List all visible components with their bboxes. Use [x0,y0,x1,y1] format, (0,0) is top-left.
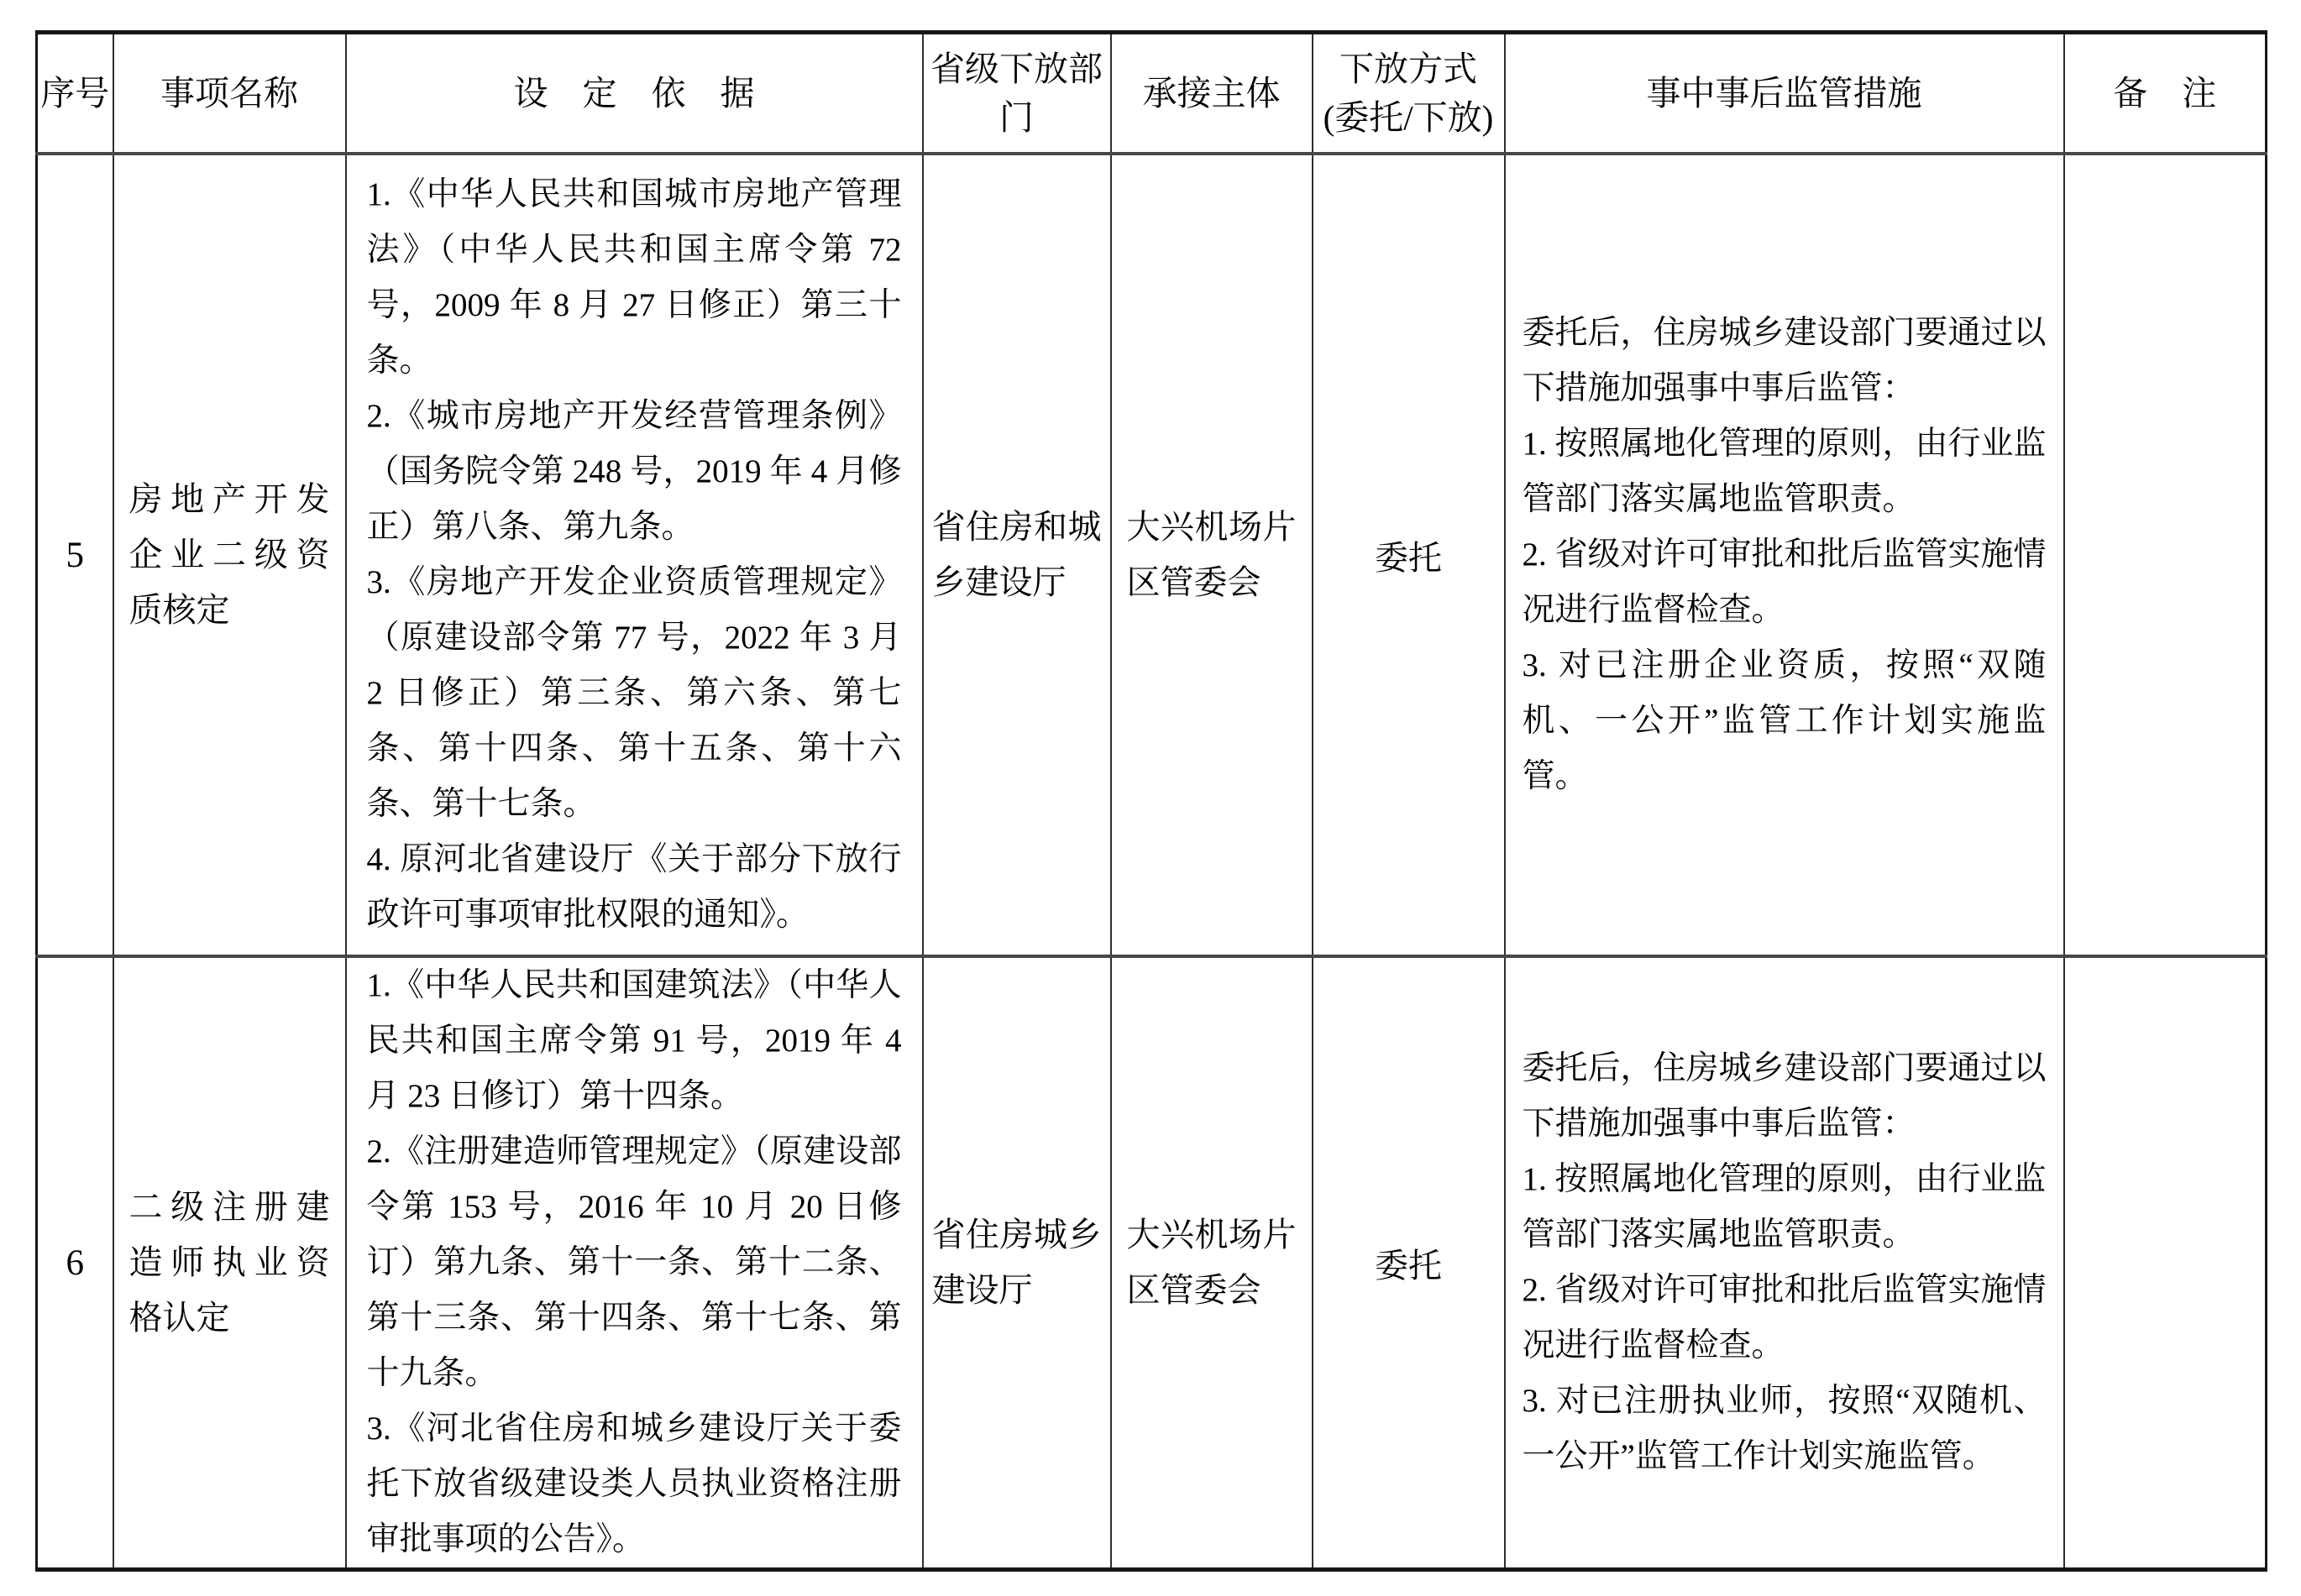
delegation-items-table: 序号 事项名称 设 定 依 据 省级下放部门 承接主体 下放方式 (委托/下放)… [35,30,2267,1572]
cell-receiver-5: 大兴机场片区管委会 [1111,154,1313,956]
table-row-6: 6 二级注册建造师执业资格认定 1.《中华人民共和国建筑法》（中华人民共和国主席… [37,956,2267,1570]
cell-method-6: 委托 [1313,956,1505,1570]
supervision-paragraph: 2. 省级对许可审批和批后监管实施情况进行监督检查。 [1523,527,2047,638]
receiver-text: 大兴机场片区管委会 [1112,1207,1312,1318]
cell-department-5: 省住房和城乡建设厅 [923,154,1111,956]
basis-paragraph: 2.《注册建造师管理规定》（原建设部令第 153 号，2016 年 10 月 2… [367,1124,902,1401]
header-index: 序号 [37,33,113,154]
cell-supervision-5: 委托后，住房城乡建设部门要通过以下措施加强事中事后监管： 1. 按照属地化管理的… [1505,154,2064,956]
basis-paragraph: 4. 原河北省建设厅《关于部分下放行政许可事项审批权限的通知》。 [367,832,902,943]
supervision-paragraph: 3. 对已注册企业资质，按照“双随机、一公开”监管工作计划实施监管。 [1523,638,2047,804]
cell-remark-6 [2064,956,2267,1570]
supervision-paragraph: 2. 省级对许可审批和批后监管实施情况进行监督检查。 [1523,1263,2047,1374]
cell-department-6: 省住房城乡建设厅 [923,956,1111,1570]
cell-index-6: 6 [37,956,113,1570]
supervision-paragraph: 1. 按照属地化管理的原则，由行业监管部门落实属地监管职责。 [1523,416,2047,527]
item-name-text: 二级注册建造师执业资格认定 [114,1180,345,1346]
basis-paragraph: 1.《中华人民共和国城市房地产管理法》（中华人民共和国主席令第 72 号，200… [367,167,902,389]
header-method-line1: 下放方式 [1313,44,1504,93]
cell-index-5: 5 [37,154,113,956]
cell-basis-6: 1.《中华人民共和国建筑法》（中华人民共和国主席令第 91 号，2019 年 4… [346,956,923,1570]
header-method-line2: (委托/下放) [1313,93,1504,142]
supervision-paragraph: 3. 对已注册执业师，按照“双随机、一公开”监管工作计划实施监管。 [1523,1374,2047,1484]
supervision-paragraph: 1. 按照属地化管理的原则，由行业监管部门落实属地监管职责。 [1523,1152,2047,1263]
document-page: 序号 事项名称 设 定 依 据 省级下放部门 承接主体 下放方式 (委托/下放)… [0,0,2301,1596]
table-row-5: 5 房地产开发企业二级资质核定 1.《中华人民共和国城市房地产管理法》（中华人民… [37,154,2267,956]
header-item-name: 事项名称 [113,33,346,154]
cell-receiver-6: 大兴机场片区管委会 [1111,956,1313,1570]
basis-paragraph: 3.《河北省住房和城乡建设厅关于委托下放省级建设类人员执业资格注册审批事项的公告… [367,1401,902,1567]
basis-paragraph: 1.《中华人民共和国建筑法》（中华人民共和国主席令第 91 号，2019 年 4… [367,958,902,1124]
header-receiver: 承接主体 [1111,33,1313,154]
header-row: 序号 事项名称 设 定 依 据 省级下放部门 承接主体 下放方式 (委托/下放)… [37,33,2267,154]
header-department: 省级下放部门 [923,33,1111,154]
cell-remark-5 [2064,154,2267,956]
item-name-text: 房地产开发企业二级资质核定 [114,472,345,638]
receiver-text: 大兴机场片区管委会 [1112,500,1312,610]
cell-item-name-5: 房地产开发企业二级资质核定 [113,154,346,956]
header-method: 下放方式 (委托/下放) [1313,33,1505,154]
cell-item-name-6: 二级注册建造师执业资格认定 [113,956,346,1570]
basis-paragraph: 3.《房地产开发企业资质管理规定》（原建设部令第 77 号，2022 年 3 月… [367,555,902,832]
cell-basis-5: 1.《中华人民共和国城市房地产管理法》（中华人民共和国主席令第 72 号，200… [346,154,923,956]
cell-supervision-6: 委托后，住房城乡建设部门要通过以下措施加强事中事后监管： 1. 按照属地化管理的… [1505,956,2064,1570]
header-supervision: 事中事后监管措施 [1505,33,2064,154]
header-remark: 备 注 [2064,33,2267,154]
supervision-paragraph: 委托后，住房城乡建设部门要通过以下措施加强事中事后监管： [1523,1041,2047,1152]
supervision-paragraph: 委托后，住房城乡建设部门要通过以下措施加强事中事后监管： [1523,306,2047,416]
header-basis: 设 定 依 据 [346,33,923,154]
cell-method-5: 委托 [1313,154,1505,956]
department-text: 省住房和城乡建设厅 [924,500,1110,610]
basis-paragraph: 2.《城市房地产开发经营管理条例》（国务院令第 248 号，2019 年 4 月… [367,389,902,555]
department-text: 省住房城乡建设厅 [924,1207,1110,1318]
